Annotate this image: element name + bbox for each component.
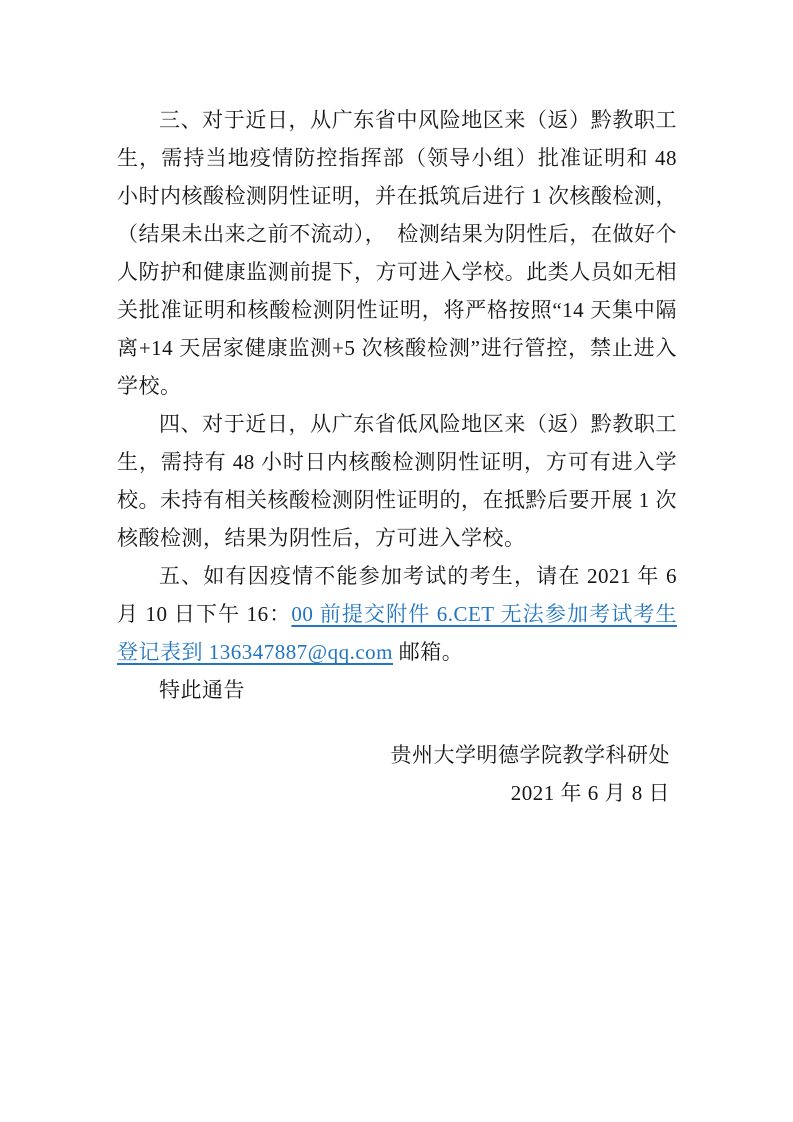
signature-department: 贵州大学明德学院教学科研处 — [117, 736, 670, 774]
paragraph-low-risk: 四、对于近日，从广东省低风险地区来（返）黔教职工生，需持有 48 小时日内核酸检… — [117, 405, 677, 557]
signature-block: 贵州大学明德学院教学科研处 2021 年 6 月 8 日 — [117, 736, 677, 812]
signature-date: 2021 年 6 月 8 日 — [117, 774, 670, 812]
closing-note: 特此通告 — [117, 671, 677, 709]
exam-paragraph-text-after-link: 邮箱。 — [393, 640, 463, 664]
paragraph-exam-registration: 五、如有因疫情不能参加考试的考生，请在 2021 年 6 月 10 日下午 16… — [117, 557, 677, 671]
document-body: 三、对于近日，从广东省中风险地区来（返）黔教职工生，需持当地疫情防控指挥部（领导… — [117, 101, 677, 812]
paragraph-medium-risk: 三、对于近日，从广东省中风险地区来（返）黔教职工生，需持当地疫情防控指挥部（领导… — [117, 101, 677, 405]
document-page: 三、对于近日，从广东省中风险地区来（返）黔教职工生，需持当地疫情防控指挥部（领导… — [0, 0, 793, 1122]
